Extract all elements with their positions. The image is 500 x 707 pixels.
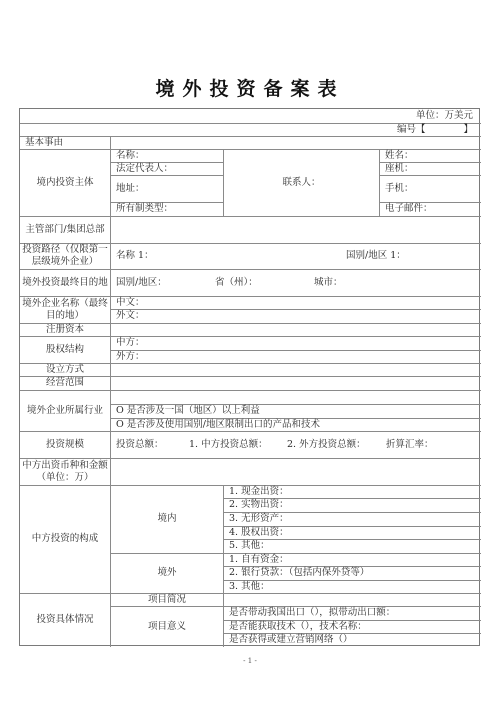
- path-country-field[interactable]: 国别/地区 1：: [341, 243, 481, 269]
- destination-country-field[interactable]: 国别/地区：: [111, 269, 201, 296]
- business-scope-label: 经营范围: [20, 376, 110, 390]
- path-name-field[interactable]: 名称 1：: [111, 243, 341, 269]
- industry-label: 境外企业所属行业: [20, 390, 110, 431]
- address-field[interactable]: 地址：: [111, 175, 223, 202]
- investment-scale-label: 投资规模: [20, 431, 110, 458]
- cash-contribution-field[interactable]: 1. 现金出资：: [224, 485, 481, 498]
- industry-multi-region-option[interactable]: O 是否涉及一国（地区）以上利益: [111, 404, 481, 418]
- business-scope-field[interactable]: [111, 376, 481, 390]
- mobile-field[interactable]: 手机：: [380, 175, 481, 202]
- composition-label: 中方投资的构成: [20, 485, 110, 593]
- destination-province-field[interactable]: 省（州）：: [215, 269, 305, 296]
- final-destination-label: 境外投资最终目的地: [20, 269, 110, 296]
- industry-field[interactable]: [111, 390, 481, 404]
- domestic-other-field[interactable]: 5. 其他：: [224, 539, 481, 553]
- investor-name-field[interactable]: 名称：: [111, 149, 223, 162]
- domestic-source-label: 境内: [111, 485, 223, 553]
- enterprise-name-foreign-field[interactable]: 外文：: [111, 309, 481, 323]
- own-funds-field[interactable]: 1. 自有资金：: [224, 553, 481, 566]
- establish-method-label: 设立方式: [20, 363, 110, 376]
- invest-path-label: 投资路径（仅限第一层级境外企业）: [20, 243, 110, 269]
- establish-method-field[interactable]: [111, 363, 481, 376]
- contact-person-label: 联系人：: [224, 149, 379, 216]
- enterprise-name-label: 境外企业名称（最终目的地）: [20, 296, 110, 323]
- supervisor-label: 主管部门/集团总部: [20, 216, 110, 243]
- equity-contribution-field[interactable]: 4. 股权出资：: [224, 526, 481, 539]
- equity-structure-label: 股权结构: [20, 336, 110, 363]
- marketing-network-field[interactable]: 是否获得或建立营销网络（）: [224, 633, 481, 647]
- details-label: 投资具体情况: [20, 593, 110, 647]
- equity-cn-field[interactable]: 中方：: [111, 336, 481, 350]
- domestic-investor-label: 境内投资主体: [20, 149, 110, 216]
- registered-capital-field[interactable]: [111, 323, 481, 336]
- email-field[interactable]: 电子邮件：: [380, 202, 481, 216]
- cn-currency-field[interactable]: [111, 458, 481, 485]
- landline-field[interactable]: 座机：: [380, 162, 481, 175]
- project-summary-field[interactable]: [224, 593, 481, 606]
- serial-number-field[interactable]: 编号【 】: [20, 123, 481, 136]
- overseas-source-label: 境外: [111, 553, 223, 593]
- destination-city-field[interactable]: 城市：: [314, 269, 404, 296]
- legal-rep-field[interactable]: 法定代表人：: [111, 162, 223, 175]
- project-summary-label: 项目简况: [111, 593, 223, 606]
- in-kind-contribution-field[interactable]: 2. 实物出资：: [224, 498, 481, 512]
- cn-total-investment-field[interactable]: 1. 中方投资总额：: [189, 431, 287, 458]
- basic-reason-label: 基本事由: [20, 136, 110, 149]
- total-investment-field[interactable]: 投资总额：: [111, 431, 189, 458]
- basic-reason-field[interactable]: [111, 136, 481, 149]
- enterprise-name-cn-field[interactable]: 中文：: [111, 296, 481, 309]
- equity-foreign-field[interactable]: 外方：: [111, 350, 481, 363]
- form-title: 境外投资备案表: [0, 74, 500, 101]
- foreign-total-investment-field[interactable]: 2. 外方投资总额：: [287, 431, 379, 458]
- registered-capital-label: 注册资本: [20, 323, 110, 336]
- intangible-assets-field[interactable]: 3. 无形资产：: [224, 512, 481, 526]
- bank-loan-field[interactable]: 2. 银行贷款：（包括内保外贷等）: [224, 566, 481, 580]
- technology-acquisition-field[interactable]: 是否能获取技术（），技术名称：: [224, 620, 481, 633]
- filing-form-table: 单位：万美元 编号【 】 基本事由 境内投资主体 名称： 法定代表人： 地址： …: [19, 108, 480, 646]
- export-drive-field[interactable]: 是否带动我国出口（），拟带动出口额：: [224, 606, 481, 620]
- exchange-rate-field[interactable]: 折算汇率：: [386, 431, 481, 458]
- page-number: - 1 -: [0, 657, 500, 665]
- project-significance-label: 项目意义: [111, 606, 223, 647]
- contact-name-field[interactable]: 姓名：: [380, 149, 481, 162]
- ownership-type-field[interactable]: 所有制类型：: [111, 202, 223, 216]
- cn-currency-label: 中方出资币种和金额（单位：万）: [20, 458, 110, 485]
- industry-restricted-export-option[interactable]: O 是否涉及使用国别/地区限制出口的产品和技术: [111, 418, 481, 431]
- supervisor-field[interactable]: [111, 216, 481, 243]
- overseas-other-field[interactable]: 3. 其他：: [224, 580, 481, 593]
- unit-label: 单位：万美元: [20, 109, 481, 123]
